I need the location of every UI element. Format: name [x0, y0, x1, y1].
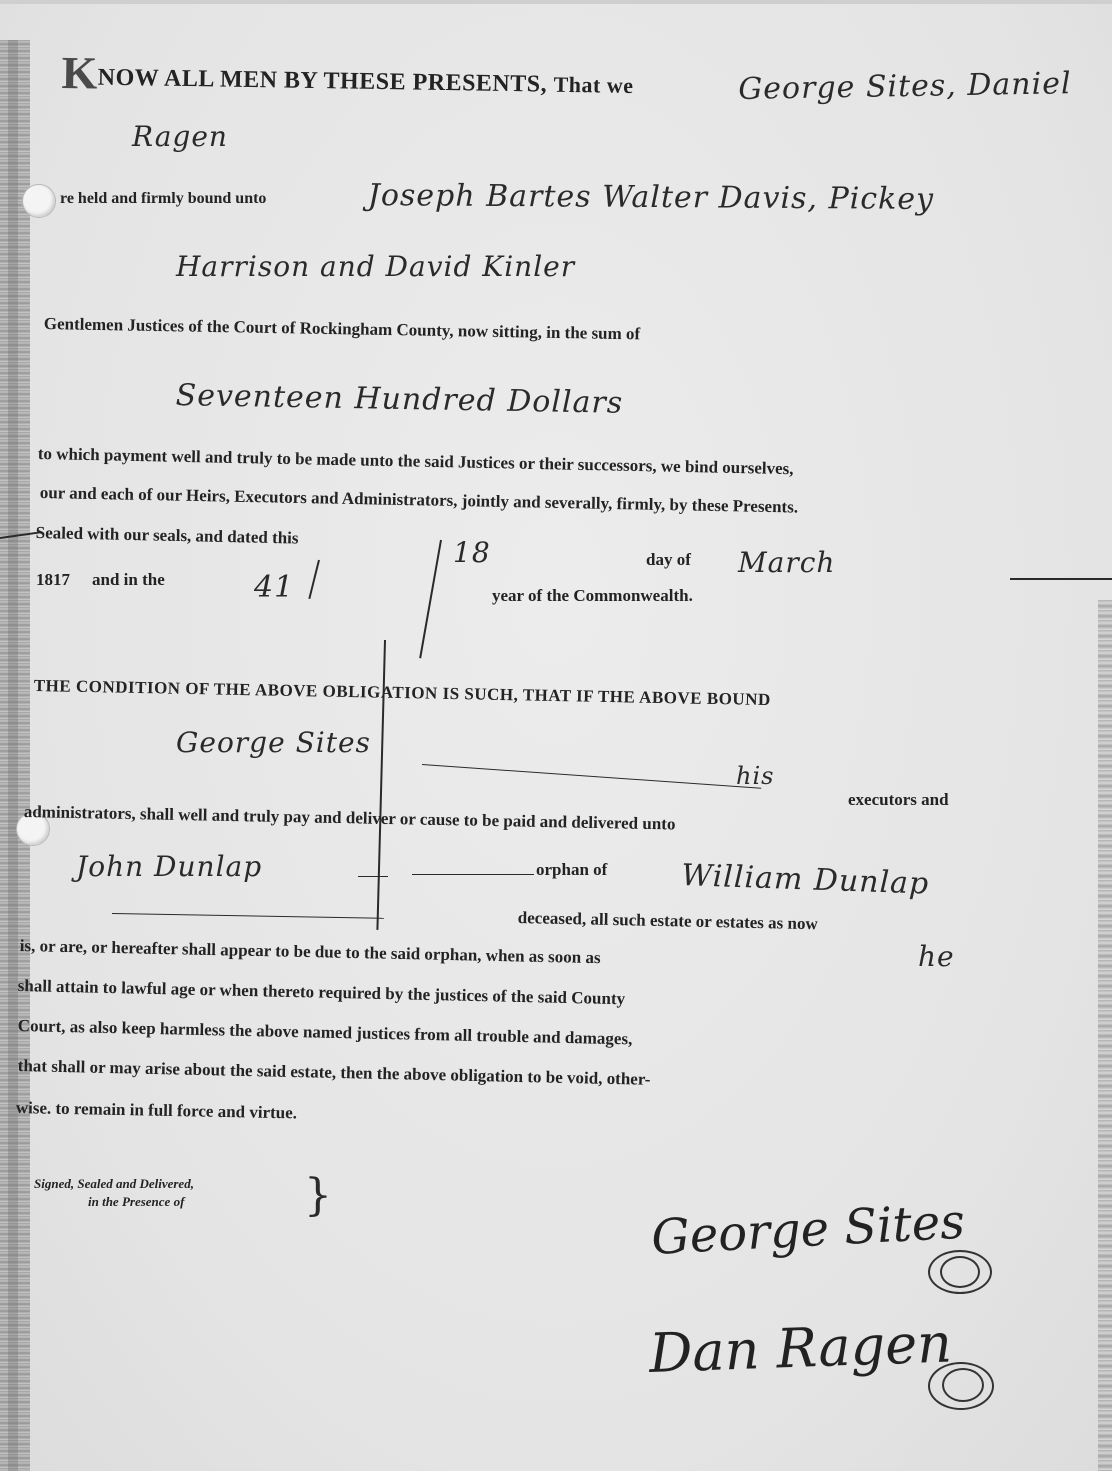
page-left-edge-dark	[8, 40, 18, 1471]
bound-name: George Sites	[176, 726, 371, 759]
seal-2-inner	[942, 1368, 984, 1402]
orphan-name: John Dunlap	[76, 850, 262, 883]
body-line-5: wise. to remain in full force and virtue…	[16, 1098, 298, 1123]
justices-line1: Joseph Bartes Walter Davis, Pickey	[368, 178, 934, 217]
date-day: 18	[453, 536, 491, 569]
commonwealth-year: 41	[254, 570, 294, 605]
orphan-of-label: orphan of	[536, 860, 607, 880]
sum-amount: Seventeen Hundred Dollars	[175, 378, 623, 421]
father-name: William Dunlap	[681, 858, 930, 902]
witness-line-2: in the Presence of	[88, 1194, 184, 1210]
fill-line-2	[358, 876, 388, 877]
witness-brace: }	[304, 1170, 332, 1221]
executors-and: executors and	[848, 790, 949, 810]
day-of-label: day of	[646, 550, 691, 570]
pen-stroke-1	[308, 560, 320, 599]
year-of-commonwealth-label: year of the Commonwealth.	[492, 586, 693, 606]
obligors-line2: Ragen	[132, 120, 228, 153]
signature-dan-ragen: Dan Ragen	[648, 1311, 953, 1385]
pen-stroke-2	[419, 540, 442, 659]
witness-line-1: Signed, Sealed and Delivered,	[34, 1176, 194, 1192]
fill-line-1	[422, 764, 761, 789]
court-line: Gentlemen Justices of the Court of Rocki…	[44, 314, 641, 344]
body-line-2: shall attain to lawful age or when there…	[18, 976, 626, 1009]
body-line-1: is, or are, or hereafter shall appear to…	[20, 936, 601, 968]
header-rest: NOW ALL MEN BY THESE PRESENTS,	[98, 65, 548, 98]
payment-line-1: to which payment well and truly to be ma…	[38, 444, 794, 479]
header-that-we: That we	[553, 72, 633, 98]
body-line-3: Court, as also keep harmless the above n…	[18, 1016, 633, 1049]
fill-line-4	[112, 913, 384, 919]
payment-line-2: our and each of our Heirs, Executors and…	[40, 483, 799, 518]
signature-george-sites: George Sites	[650, 1194, 966, 1266]
right-margin-line	[1010, 578, 1112, 580]
held-bound-text: re held and firmly bound unto	[60, 190, 266, 208]
deceased-line: deceased, all such estate or estates as …	[518, 908, 818, 934]
header-initial: K	[61, 47, 98, 99]
payment-line-3: Sealed with our seals, and dated this	[36, 523, 299, 548]
condition-heading: THE CONDITION OF THE ABOVE OBLIGATION IS…	[34, 676, 771, 710]
seal-1-inner	[940, 1256, 980, 1288]
obligors-line1: George Sites, Daniel	[738, 66, 1072, 107]
pronoun-he: he	[918, 940, 955, 973]
scanned-document-page: KNOW ALL MEN BY THESE PRESENTS, That we …	[0, 0, 1112, 1471]
header-title: KNOW ALL MEN BY THESE PRESENTS, That we	[61, 46, 634, 108]
page-right-edge-shadow	[1098, 600, 1112, 1471]
body-line-4: that shall or may arise about the said e…	[18, 1056, 651, 1090]
date-year: 1817	[36, 570, 70, 590]
punch-hole-top	[22, 184, 56, 218]
his-pronoun: his	[736, 762, 774, 790]
administrators-line: administrators, shall well and truly pay…	[24, 802, 676, 835]
date-month: March	[738, 546, 835, 579]
fill-line-3	[412, 874, 534, 875]
justices-line2: Harrison and David Kinler	[176, 250, 575, 283]
page-top-edge	[0, 0, 1112, 4]
and-in-the-label: and in the	[92, 570, 165, 590]
